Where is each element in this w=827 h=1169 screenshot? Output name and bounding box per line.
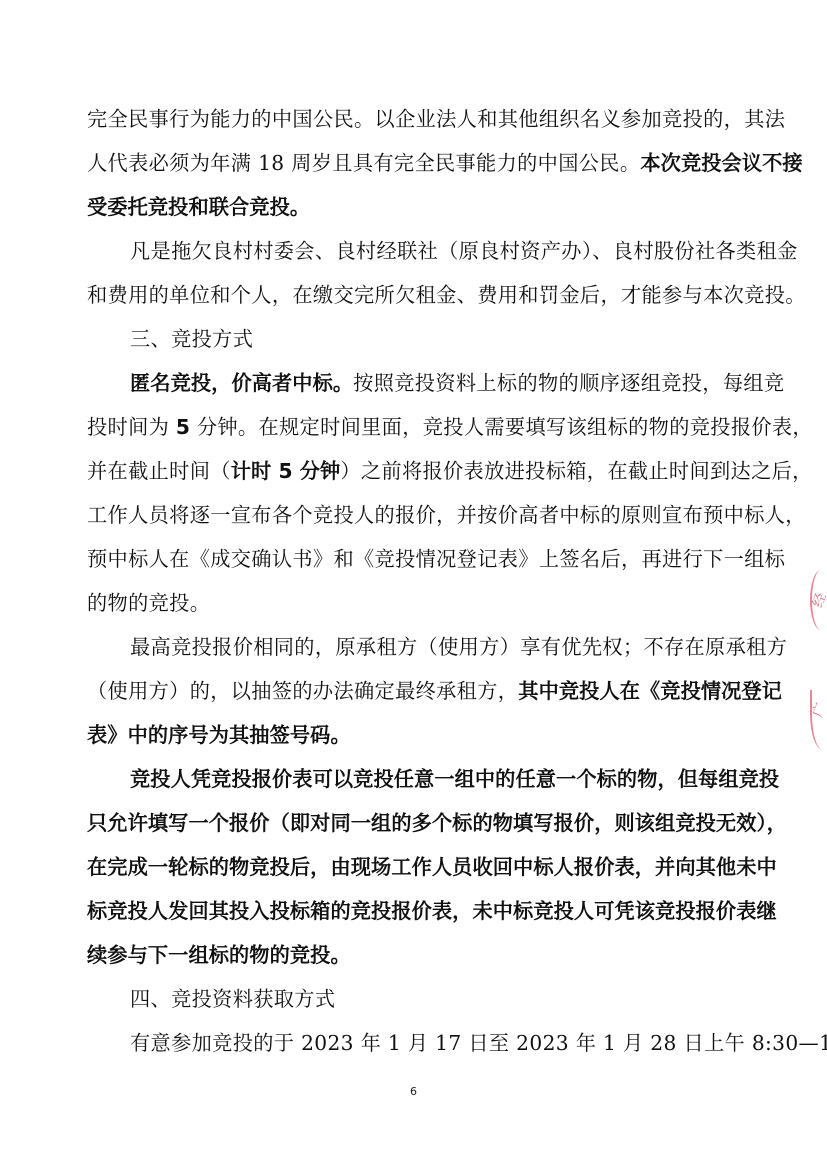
text-segment: ）之前将报价表放进投标箱，在截止时间到达之后， — [340, 459, 812, 483]
bold-text-segment: 其中竞投人在《竞投情况登记 — [518, 679, 782, 703]
text-line: 凡是拖欠良村村委会、良村经联社（原良村资产办）、良村股份社各类租金 — [130, 236, 757, 266]
seal-stamp-edge-bottom — [810, 690, 827, 750]
text-line: 四、竞投资料获取方式 — [130, 984, 757, 1014]
text-line: 完全民事行为能力的中国公民。以企业法人和其他组织名义参加竞投的，其法 — [87, 104, 757, 134]
text-line: 标竞投人发回其投入投标箱的竞投报价表，未中标竞投人可凭该竞投报价表继 — [87, 896, 757, 926]
bold-text-segment: 表》中的序号为其抽签号码。 — [87, 723, 351, 747]
bold-text-segment: 计时 5 分钟 — [231, 459, 341, 483]
bold-text-segment: 标竞投人发回其投入投标箱的竞投报价表，未中标竞投人可凭该竞投报价表继 — [87, 899, 777, 923]
text-line: 投时间为 5 分钟。在规定时间里面，竞投人需要填写该组标的物的竞投报价表， — [87, 412, 757, 442]
text-segment: 人代表必须为年满 18 周岁且具有完全民事能力的中国公民。 — [87, 151, 640, 175]
text-line: 人代表必须为年满 18 周岁且具有完全民事能力的中国公民。本次竞投会议不接 — [87, 148, 757, 178]
text-segment: 完全民事行为能力的中国公民。以企业法人和其他组织名义参加竞投的，其法 — [87, 107, 785, 131]
text-segment: 分钟。在规定时间里面，竞投人需要填写该组标的物的竞投报价表， — [190, 415, 813, 439]
text-line: 表》中的序号为其抽签号码。 — [87, 720, 757, 750]
text-segment: 的物的竞投。 — [87, 591, 210, 615]
text-line: 和费用的单位和个人，在缴交完所欠租金、费用和罚金后，才能参与本次竞投。 — [87, 280, 757, 310]
bold-text-segment: 本次竞投会议不接 — [640, 151, 802, 175]
text-line: 并在截止时间（计时 5 分钟）之前将报价表放进投标箱，在截止时间到达之后， — [87, 456, 757, 486]
text-segment: 四、竞投资料获取方式 — [130, 987, 335, 1011]
page-number: 6 — [0, 1085, 827, 1098]
bold-text-segment: 竞投人凭竞投报价表可以竞投任意一组中的任意一个标的物，但每组竞投 — [130, 767, 779, 791]
text-segment: 预中标人在《成交确认书》和《竞投情况登记表》上签名后，再进行下一组标 — [87, 547, 785, 571]
text-line: 竞投人凭竞投报价表可以竞投任意一组中的任意一个标的物，但每组竞投 — [130, 764, 757, 794]
text-line: （使用方）的，以抽签的办法确定最终承租方，其中竞投人在《竞投情况登记 — [87, 676, 757, 706]
text-segment: 有意参加竞投的于 2023 年 1 月 17 日至 2023 年 1 月 28 … — [130, 1031, 827, 1055]
text-segment: 三、竞投方式 — [130, 327, 253, 351]
text-segment: 最高竞投报价相同的，原承租方（使用方）享有优先权；不存在原承租方 — [130, 635, 787, 659]
bold-text-segment: 5 — [176, 415, 190, 439]
text-line: 受委托竞投和联合竞投。 — [87, 192, 757, 222]
text-line: 三、竞投方式 — [130, 324, 757, 354]
bold-text-segment: 只允许填写一个报价（即对同一组的多个标的物填写报价，则该组竞投无效）， — [87, 811, 787, 835]
text-line: 的物的竞投。 — [87, 588, 757, 618]
text-line: 在完成一轮标的物竞投后，由现场工作人员收回中标人报价表，并向其他未中 — [87, 852, 757, 882]
document-page: 完全民事行为能力的中国公民。以企业法人和其他组织名义参加竞投的，其法人代表必须为… — [0, 0, 827, 1169]
bold-text-segment: 匿名竞投，价高者中标。 — [130, 371, 353, 395]
bold-text-segment: 续参与下一组标的物的竞投。 — [87, 943, 351, 967]
text-segment: （使用方）的，以抽签的办法确定最终承租方， — [87, 679, 518, 703]
bold-text-segment: 受委托竞投和联合竞投。 — [87, 195, 310, 219]
text-line: 预中标人在《成交确认书》和《竞投情况登记表》上签名后，再进行下一组标 — [87, 544, 757, 574]
text-line: 只允许填写一个报价（即对同一组的多个标的物填写报价，则该组竞投无效）， — [87, 808, 757, 838]
bold-text-segment: 在完成一轮标的物竞投后，由现场工作人员收回中标人报价表，并向其他未中 — [87, 855, 777, 879]
text-segment: 按照竞投资料上标的物的顺序逐组竞投，每组竞 — [353, 371, 784, 395]
text-segment: 和费用的单位和个人，在缴交完所欠租金、费用和罚金后，才能参与本次竞投。 — [87, 283, 806, 307]
text-line: 最高竞投报价相同的，原承租方（使用方）享有优先权；不存在原承租方 — [130, 632, 757, 662]
text-segment: 并在截止时间（ — [87, 459, 231, 483]
text-segment: 工作人员将逐一宣布各个竞投人的报价，并按价高者中标的原则宣布预中标人， — [87, 503, 806, 527]
text-line: 匿名竞投，价高者中标。按照竞投资料上标的物的顺序逐组竞投，每组竞 — [130, 368, 757, 398]
text-line: 工作人员将逐一宣布各个竞投人的报价，并按价高者中标的原则宣布预中标人， — [87, 500, 757, 530]
text-segment: 凡是拖欠良村村委会、良村经联社（原良村资产办）、良村股份社各类租金 — [130, 239, 798, 263]
text-line: 有意参加竞投的于 2023 年 1 月 17 日至 2023 年 1 月 28 … — [130, 1028, 757, 1058]
text-line: 续参与下一组标的物的竞投。 — [87, 940, 757, 970]
text-segment: 投时间为 — [87, 415, 176, 439]
